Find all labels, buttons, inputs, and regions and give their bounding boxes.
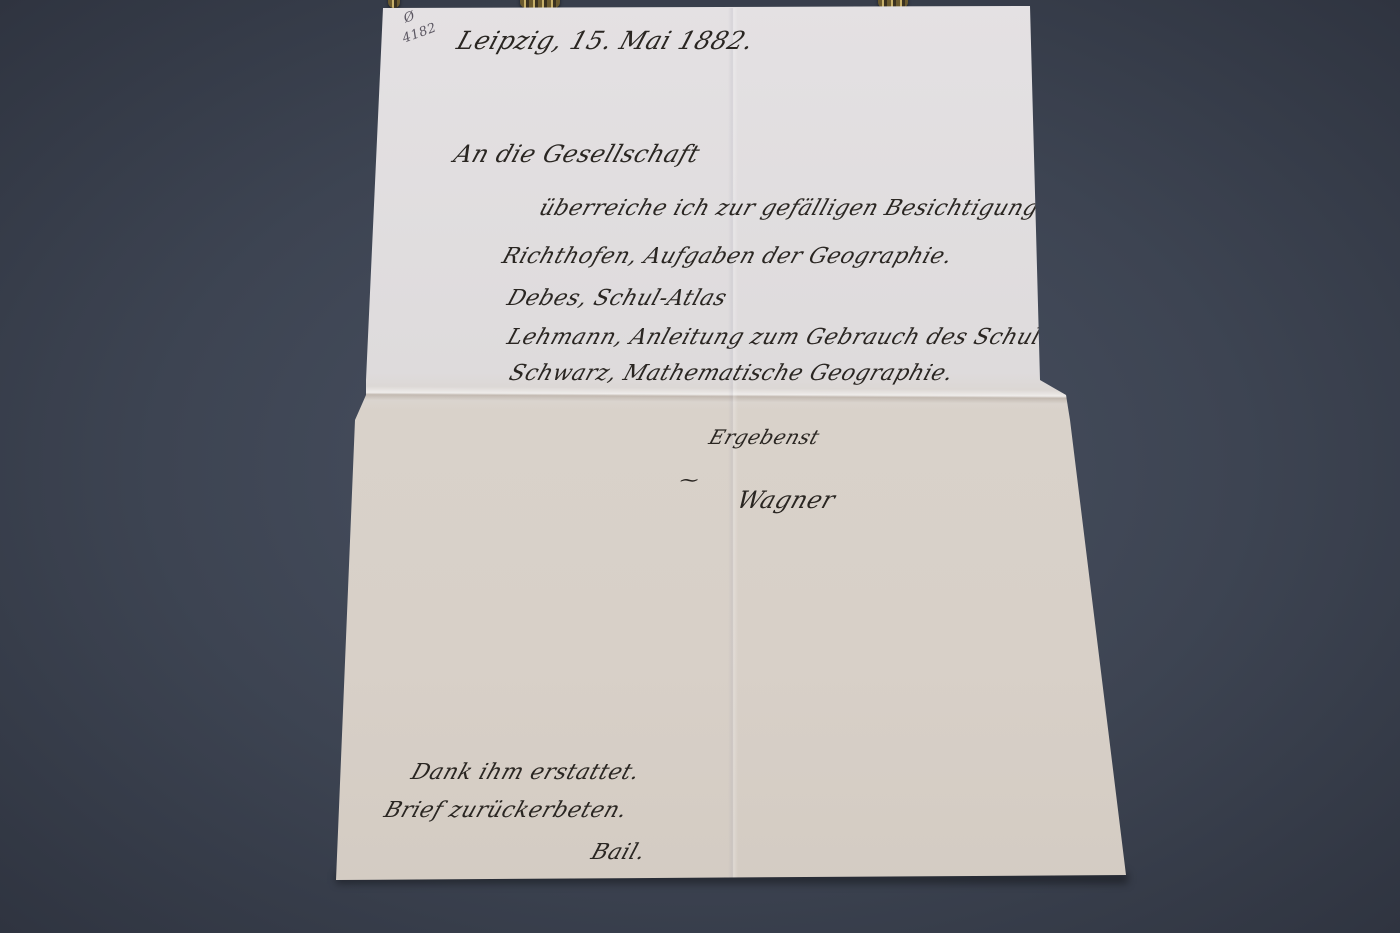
annotation-signature: Bail. (588, 840, 649, 865)
annotation-line: Brief zurückerbeten. (381, 798, 631, 823)
body-line: Schwarz, Mathematische Geographie. (506, 361, 957, 386)
body-line: Debes, Schul-Atlas (504, 286, 730, 311)
body-line: Lehmann, Anleitung zum Gebrauch des Schu… (504, 325, 1100, 350)
horizontal-fold (360, 386, 1072, 404)
closing: Ergebenst (706, 425, 823, 449)
annotation-line: Dank ihm erstattet. (408, 760, 643, 785)
body-line: Richthofen, Aufgaben der Geographie. (499, 244, 956, 269)
letter-sheet: Ø 4182 Leipzig, 15. Mai 1882. An die Ges… (0, 0, 1400, 933)
body-line: überreiche ich zur gefälligen Besichtigu… (536, 196, 1042, 221)
signature-flourish: ⁓ (677, 470, 702, 491)
binder-clip-center (520, 0, 560, 8)
dateline: Leipzig, 15. Mai 1882. (453, 26, 758, 55)
binder-clip-left (388, 0, 400, 8)
archive-mark-symbol: Ø (402, 9, 418, 27)
salutation: An die Gesellschaft (450, 140, 703, 168)
signature: Wagner (733, 486, 838, 514)
